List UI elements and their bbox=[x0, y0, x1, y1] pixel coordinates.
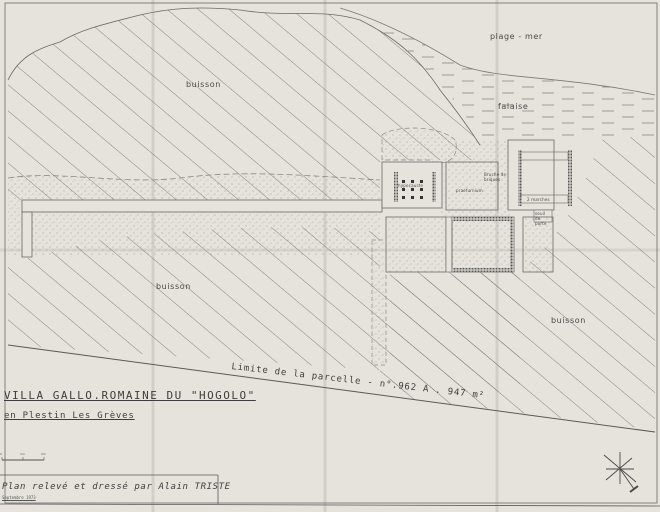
site-plan-sheet: buisson buisson buisson plage - mer fala… bbox=[0, 0, 660, 512]
zone-label-buisson-left: buisson bbox=[156, 282, 191, 291]
room-label-steps: 2 marches bbox=[527, 197, 550, 202]
room-label-bricks: Bruche de briques bbox=[484, 172, 508, 182]
room-label-praefurnium: praefurnium bbox=[456, 188, 483, 193]
plan-date: Septembre 1973 bbox=[2, 495, 36, 500]
zone-label-buisson-right: buisson bbox=[551, 316, 586, 325]
zone-label-cliff: falaise bbox=[498, 102, 528, 111]
plan-subtitle: en Plestin Les Grèves bbox=[4, 411, 135, 421]
plan-credit: Plan relevé et dressé par Alain TRISTE bbox=[2, 482, 231, 492]
zone-label-buisson-top: buisson bbox=[186, 80, 221, 89]
zone-label-beach: plage - mer bbox=[490, 32, 543, 41]
plan-drawing bbox=[0, 0, 660, 512]
scale-tick-0: 0 bbox=[0, 452, 2, 456]
compass-star-icon bbox=[604, 452, 638, 492]
scale-tick-2: 2m bbox=[41, 452, 46, 456]
scale-tick-1: 1m bbox=[20, 452, 25, 456]
plan-title: VILLA GALLO.ROMAINE DU "HOGOLO" bbox=[4, 389, 256, 402]
room-label-threshold: seuil de porte bbox=[535, 211, 551, 226]
room-label-hypocaust: hypocauste bbox=[398, 183, 423, 188]
